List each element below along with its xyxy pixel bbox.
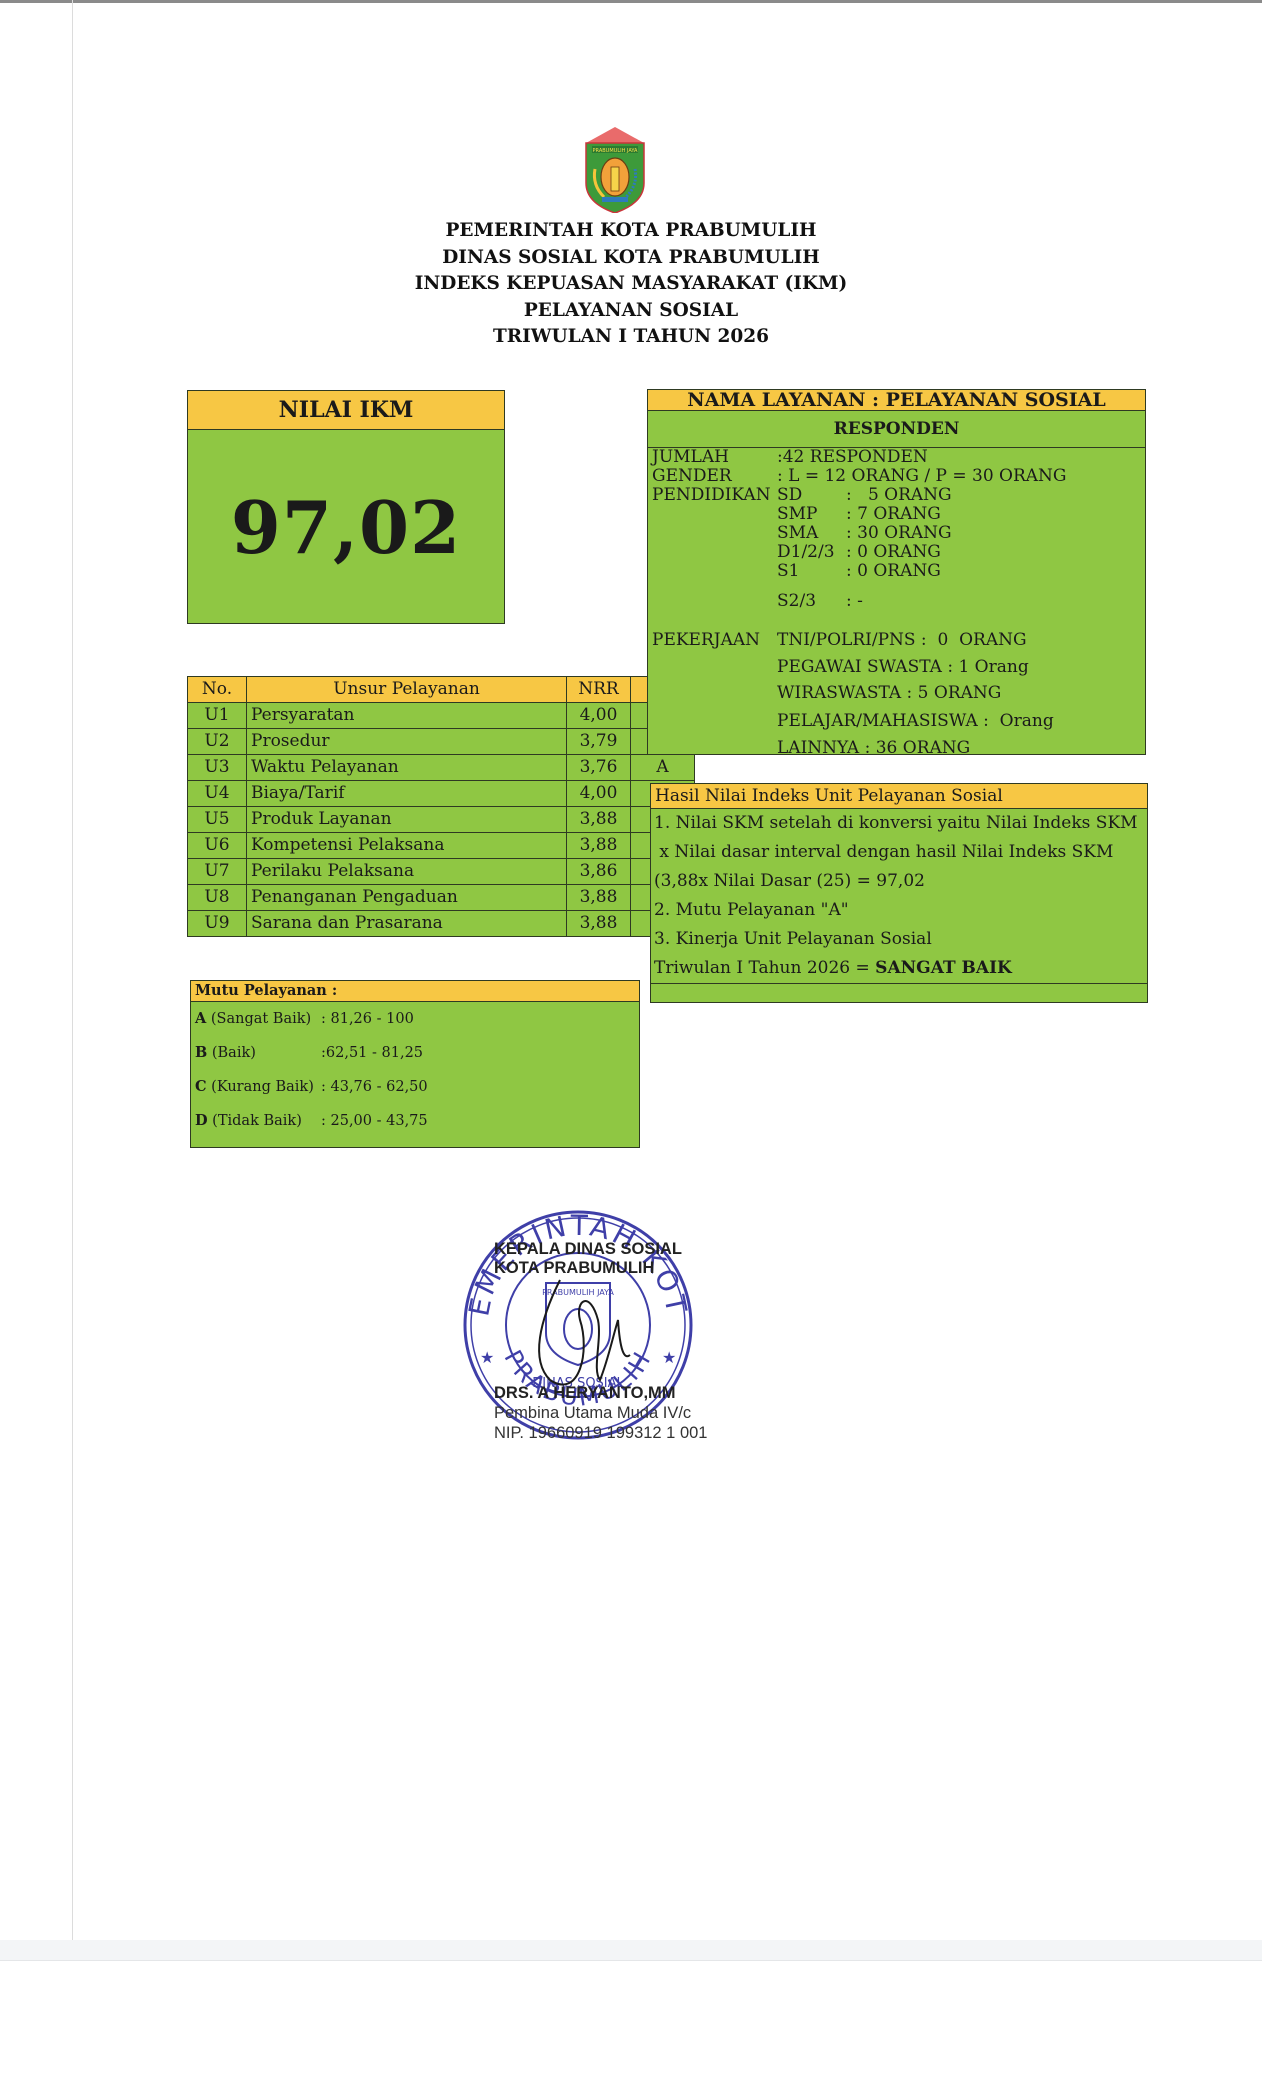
unsur-nrr: 3,88: [567, 833, 631, 859]
hasil-nilai-box: Hasil Nilai Indeks Unit Pelayanan Sosial…: [650, 783, 1148, 1003]
mutu-grade-label: B (Baik): [195, 1036, 321, 1070]
hasil-line: x Nilai dasar interval dengan hasil Nila…: [651, 838, 1147, 867]
mutu-grade-desc: (Tidak Baik): [208, 1113, 302, 1129]
nilai-ikm-box: NILAI IKM 97,02: [187, 390, 505, 624]
responden-field-label: JUMLAH: [652, 448, 777, 467]
responden-line: SMA: 30 ORANG: [652, 524, 952, 543]
unsur-name: Penanganan Pengaduan: [247, 885, 567, 911]
pekerjaan-item: WIRASWASTA : 5 ORANG: [777, 683, 1001, 703]
signature-position-line2: KOTA PRABUMULIH: [494, 1259, 682, 1278]
pekerjaan-item: LAINNYA : 36 ORANG: [777, 738, 970, 758]
column-header-nrr: NRR: [567, 677, 631, 703]
signatory-rank: Pembina Utama Muda IV/c: [494, 1403, 707, 1423]
responden-jumlah-value: :42 RESPONDEN: [777, 447, 928, 467]
mutu-item: B (Baik):62,51 - 81,25: [191, 1036, 639, 1070]
unsur-no: U2: [188, 729, 247, 755]
hasil-line: (3,88x Nilai Dasar (25) = 97,02: [651, 867, 1147, 896]
unsur-name: Waktu Pelayanan: [247, 755, 567, 781]
responden-line: PENDIDIKANSD: 5 ORANG: [652, 486, 952, 505]
unsur-nrr: 3,88: [567, 911, 631, 937]
hasil-final-prefix: Triwulan I Tahun 2026 =: [654, 958, 875, 978]
mutu-grade-label: A (Sangat Baik): [195, 1002, 321, 1036]
hasil-line: 2. Mutu Pelayanan "A": [651, 896, 1147, 925]
table-row: U8Penanganan Pengaduan3,88A: [188, 885, 695, 911]
mutu-grade-range: : 81,26 - 100: [321, 1011, 414, 1027]
unsur-name: Sarana dan Prasarana: [247, 911, 567, 937]
pendidikan-value: : 5 ORANG: [846, 485, 952, 505]
pendidikan-level: SMA: [777, 524, 846, 543]
unsur-nrr: 3,88: [567, 807, 631, 833]
title-line-period: TRIWULAN I TAHUN 2026: [0, 324, 1262, 351]
responden-line: S1: 0 ORANG: [652, 562, 941, 581]
pendidikan-value: : 7 ORANG: [846, 504, 941, 524]
hasil-final-line: Triwulan I Tahun 2026 = SANGAT BAIK: [651, 954, 1147, 983]
unsur-name: Persyaratan: [247, 703, 567, 729]
mutu-grade-letter: D: [195, 1112, 208, 1129]
document-title-block: PEMERINTAH KOTA PRABUMULIH DINAS SOSIAL …: [0, 218, 1262, 351]
mutu-pelayanan-box: Mutu Pelayanan : A (Sangat Baik): 81,26 …: [190, 980, 640, 1148]
responden-subtitle: RESPONDEN: [648, 411, 1145, 448]
svg-text:PRABUMULIH JAYA: PRABUMULIH JAYA: [593, 148, 638, 154]
title-line-department: DINAS SOSIAL KOTA PRABUMULIH: [0, 245, 1262, 272]
responden-gender-value: : L = 12 ORANG / P = 30 ORANG: [777, 466, 1067, 486]
responden-field-label: GENDER: [652, 467, 777, 486]
mutu-grade-letter: B: [195, 1044, 207, 1061]
mutu-item: A (Sangat Baik): 81,26 - 100: [191, 1002, 639, 1036]
unsur-ket: A: [631, 755, 695, 781]
responden-line: SMP: 7 ORANG: [652, 505, 941, 524]
unsur-no: U7: [188, 859, 247, 885]
nama-layanan-title: NAMA LAYANAN : PELAYANAN SOSIAL: [648, 390, 1145, 411]
nilai-ikm-value: 97,02: [188, 430, 504, 626]
signature-position-block: KEPALA DINAS SOSIAL KOTA PRABUMULIH: [494, 1240, 682, 1278]
unsur-nrr: 3,88: [567, 885, 631, 911]
pendidikan-value: : 30 ORANG: [846, 523, 952, 543]
table-row: U9Sarana dan Prasarana3,88A: [188, 911, 695, 937]
mutu-grade-range: : 25,00 - 43,75: [321, 1113, 428, 1129]
title-line-government: PEMERINTAH KOTA PRABUMULIH: [0, 218, 1262, 245]
pendidikan-level: SMP: [777, 505, 846, 524]
table-row: U3Waktu Pelayanan3,76A: [188, 755, 695, 781]
responden-line: D1/2/3: 0 ORANG: [652, 543, 941, 562]
unsur-name: Perilaku Pelaksana: [247, 859, 567, 885]
pendidikan-level: SD: [777, 486, 846, 505]
unsur-name: Biaya/Tarif: [247, 781, 567, 807]
mutu-grade-letter: C: [195, 1078, 207, 1095]
hasil-line: 3. Kinerja Unit Pelayanan Sosial: [651, 925, 1147, 954]
responden-field-label: PENDIDIKAN: [652, 486, 777, 505]
table-row: U4Biaya/Tarif4,00A: [188, 781, 695, 807]
signature-position-line1: KEPALA DINAS SOSIAL: [494, 1240, 682, 1259]
mutu-item: C (Kurang Baik): 43,76 - 62,50: [191, 1070, 639, 1104]
pendidikan-level: S1: [777, 562, 846, 581]
column-header-unsur: Unsur Pelayanan: [247, 677, 567, 703]
responden-line: PELAJAR/MAHASISWA : Orang: [652, 712, 1054, 731]
responden-line: LAINNYA : 36 ORANG: [652, 739, 970, 758]
mutu-grade-letter: A: [195, 1010, 206, 1027]
responden-field-label: PEKERJAAN: [652, 631, 777, 650]
mutu-grade-range: :62,51 - 81,25: [321, 1045, 423, 1061]
hasil-line: 1. Nilai SKM setelah di konversi yaitu N…: [651, 809, 1147, 838]
mutu-grade-desc: (Kurang Baik): [207, 1079, 314, 1095]
scan-band-artifact: [0, 1940, 1262, 1961]
prabumulih-crest-icon: PRABUMULIH JAYA: [582, 127, 648, 213]
mutu-grade-desc: (Sangat Baik): [206, 1011, 311, 1027]
pendidikan-value: : 0 ORANG: [846, 561, 941, 581]
nilai-ikm-label: NILAI IKM: [188, 391, 504, 430]
unsur-nrr: 3,86: [567, 859, 631, 885]
responden-line: PEGAWAI SWASTA : 1 Orang: [652, 658, 1029, 677]
responden-box: NAMA LAYANAN : PELAYANAN SOSIAL RESPONDE…: [647, 389, 1146, 755]
signatory-name: DRS. A HERYANTO,MM: [494, 1383, 707, 1403]
unsur-pelayanan-table: No. Unsur Pelayanan NRR Ket U1Persyarata…: [187, 676, 695, 937]
responden-line: GENDER: L = 12 ORANG / P = 30 ORANG: [652, 467, 1067, 486]
unsur-no: U1: [188, 703, 247, 729]
svg-text:★: ★: [662, 1348, 676, 1367]
pekerjaan-item: PEGAWAI SWASTA : 1 Orang: [777, 657, 1029, 677]
signatory-block: DRS. A HERYANTO,MM Pembina Utama Muda IV…: [494, 1383, 707, 1443]
scan-border-artifact: [0, 0, 1262, 3]
unsur-nrr: 3,76: [567, 755, 631, 781]
hasil-empty-row: [651, 983, 1147, 1004]
responden-line: S2/3: -: [652, 592, 863, 611]
unsur-no: U9: [188, 911, 247, 937]
unsur-no: U3: [188, 755, 247, 781]
mutu-grade-range: : 43,76 - 62,50: [321, 1079, 428, 1095]
unsur-no: U6: [188, 833, 247, 859]
responden-line: JUMLAH:42 RESPONDEN: [652, 448, 928, 467]
pendidikan-level: D1/2/3: [777, 543, 846, 562]
pekerjaan-item: TNI/POLRI/PNS : 0 ORANG: [777, 630, 1027, 650]
pekerjaan-item: PELAJAR/MAHASISWA : Orang: [777, 711, 1054, 731]
unsur-name: Prosedur: [247, 729, 567, 755]
unsur-no: U5: [188, 807, 247, 833]
table-header-row: No. Unsur Pelayanan NRR Ket: [188, 677, 695, 703]
pendidikan-value: : -: [846, 591, 863, 611]
svg-text:★: ★: [480, 1348, 494, 1367]
unsur-nrr: 4,00: [567, 781, 631, 807]
responden-line: PEKERJAANTNI/POLRI/PNS : 0 ORANG: [652, 631, 1027, 650]
mutu-item: D (Tidak Baik): 25,00 - 43,75: [191, 1104, 639, 1138]
unsur-nrr: 4,00: [567, 703, 631, 729]
hasil-nilai-title: Hasil Nilai Indeks Unit Pelayanan Sosial: [651, 784, 1147, 809]
unsur-no: U4: [188, 781, 247, 807]
unsur-nrr: 3,79: [567, 729, 631, 755]
table-row: U6Kompetensi Pelaksana3,88A: [188, 833, 695, 859]
unsur-name: Kompetensi Pelaksana: [247, 833, 567, 859]
hasil-final-rating: SANGAT BAIK: [875, 958, 1012, 978]
pendidikan-level: S2/3: [777, 592, 846, 611]
mutu-grade-desc: (Baik): [207, 1045, 256, 1061]
title-line-service: PELAYANAN SOSIAL: [0, 298, 1262, 325]
unsur-no: U8: [188, 885, 247, 911]
mutu-grade-label: C (Kurang Baik): [195, 1070, 321, 1104]
signatory-nip: NIP. 19660919 199312 1 001: [494, 1423, 707, 1443]
pendidikan-value: : 0 ORANG: [846, 542, 941, 562]
table-row: U2Prosedur3,79A: [188, 729, 695, 755]
mutu-pelayanan-title: Mutu Pelayanan :: [191, 981, 639, 1002]
table-row: U1Persyaratan4,00A: [188, 703, 695, 729]
table-row: U5Produk Layanan3,88A: [188, 807, 695, 833]
table-row: U7Perilaku Pelaksana3,86A: [188, 859, 695, 885]
unsur-name: Produk Layanan: [247, 807, 567, 833]
column-header-no: No.: [188, 677, 247, 703]
title-line-index: INDEKS KEPUASAN MASYARAKAT (IKM): [0, 271, 1262, 298]
responden-line: WIRASWASTA : 5 ORANG: [652, 684, 1001, 703]
mutu-grade-label: D (Tidak Baik): [195, 1104, 321, 1138]
